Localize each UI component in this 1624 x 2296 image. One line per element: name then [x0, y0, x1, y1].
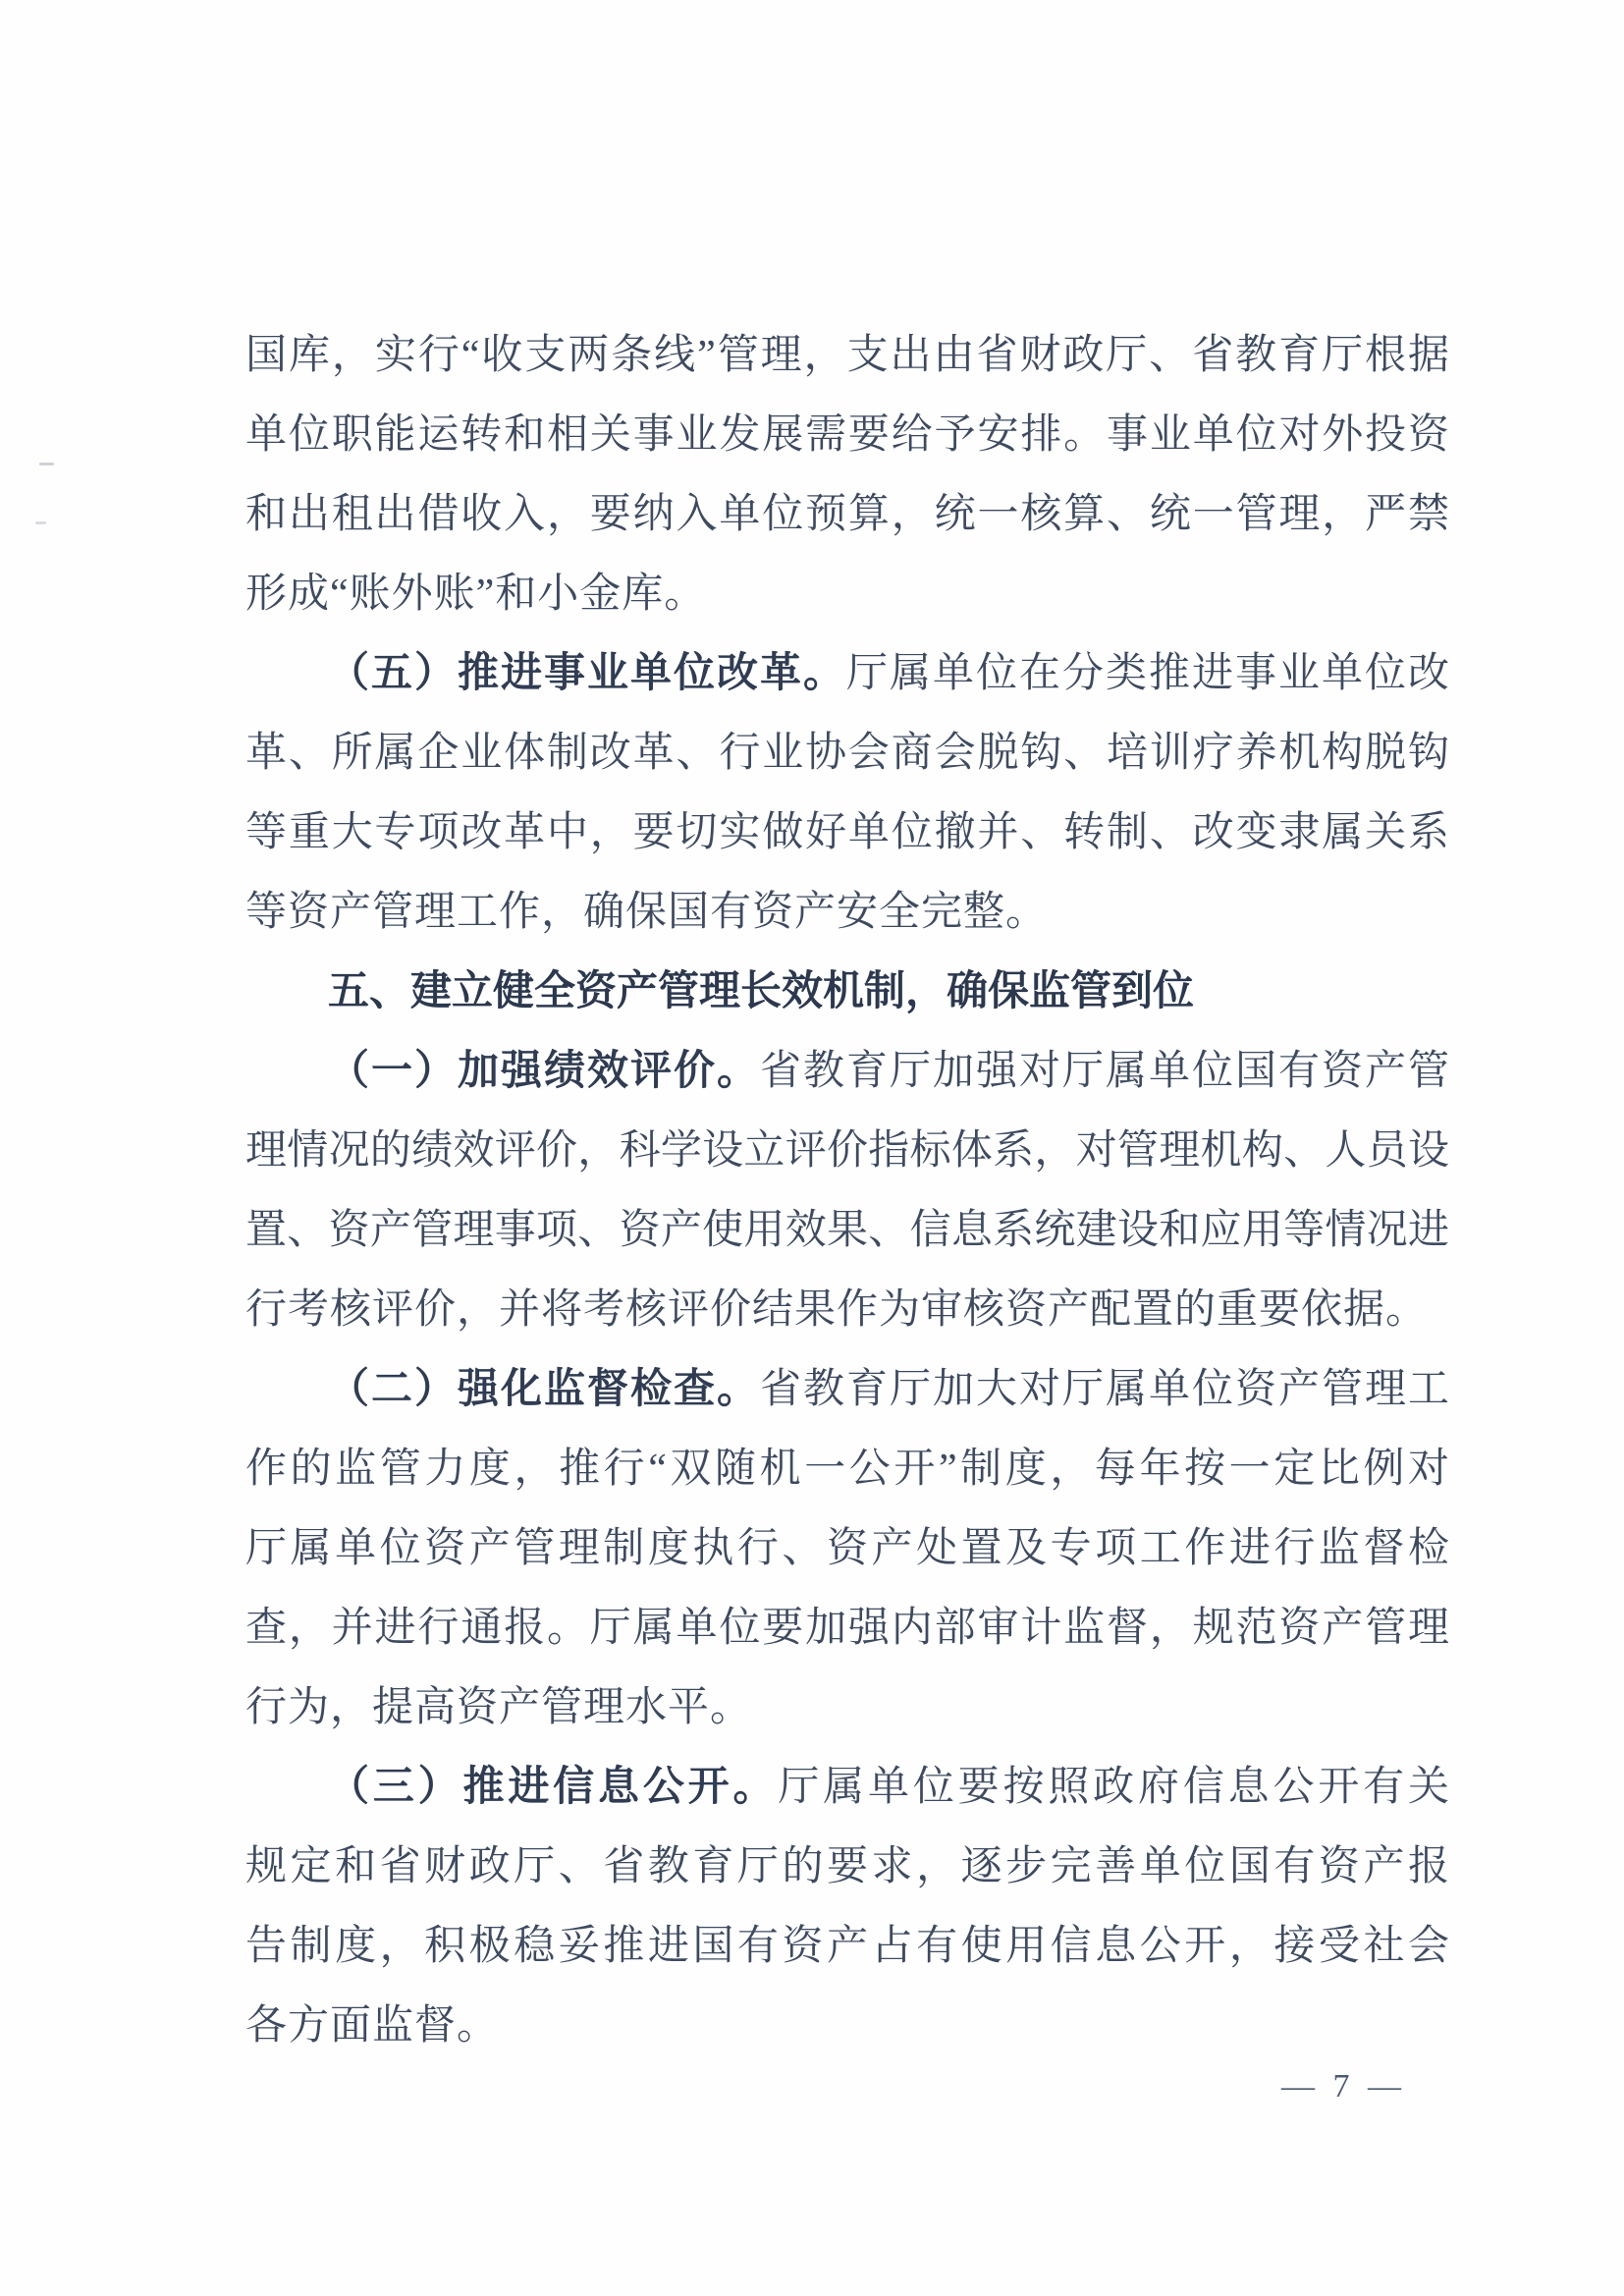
paragraph-lead: （五）推进事业单位改革。 [328, 651, 846, 696]
text-line-rest: 厅属单位在分类推进事业单位改 [846, 651, 1449, 696]
text-line: 行为，提高资产管理水平。 [245, 1668, 1449, 1748]
text-line: 行考核评价，并将考核评价结果作为审核资产配置的重要依据。 [245, 1271, 1449, 1350]
scan-artifact-dash [35, 521, 46, 524]
page-number: — 7 — [1281, 2067, 1406, 2106]
text-line: （五）推进事业单位改革。厅属单位在分类推进事业单位改 [245, 634, 1449, 714]
scanned-document-page: 国库，实行“收支两条线”管理，支出由省财政厅、省教育厅根据 单位职能运转和相关事… [0, 0, 1624, 2296]
text-line-rest: 省教育厅加强对厅属单位国有资产管 [760, 1049, 1449, 1094]
text-line: 厅属单位资产管理制度执行、资产处置及专项工作进行监督检 [245, 1509, 1449, 1589]
text-line: （一）加强绩效评价。省教育厅加强对厅属单位国有资产管 [245, 1032, 1449, 1112]
paragraph-lead: （二）强化监督检查。 [328, 1367, 760, 1412]
text-line: （三）推进信息公开。厅属单位要按照政府信息公开有关 [245, 1748, 1449, 1828]
text-line: 等资产管理工作，确保国有资产安全完整。 [245, 873, 1449, 953]
text-line: 作的监管力度，推行“双随机一公开”制度，每年按一定比例对 [245, 1430, 1449, 1509]
text-line: 各方面监督。 [245, 1987, 1449, 2066]
paragraph-lead: （一）加强绩效评价。 [328, 1049, 760, 1094]
section-heading: 五、建立健全资产管理长效机制，确保监管到位 [245, 953, 1449, 1032]
document-body: 国库，实行“收支两条线”管理，支出由省财政厅、省教育厅根据 单位职能运转和相关事… [245, 316, 1449, 2066]
paragraph: （一）加强绩效评价。省教育厅加强对厅属单位国有资产管 理情况的绩效评价，科学设立… [245, 1032, 1449, 1350]
text-line: 规定和省财政厅、省教育厅的要求，逐步完善单位国有资产报 [245, 1828, 1449, 1907]
text-line: 和出租出借收入，要纳入单位预算，统一核算、统一管理，严禁 [245, 475, 1449, 555]
text-line: 查，并进行通报。厅属单位要加强内部审计监督，规范资产管理 [245, 1589, 1449, 1668]
text-line: 形成“账外账”和小金库。 [245, 555, 1449, 634]
paragraph: 国库，实行“收支两条线”管理，支出由省财政厅、省教育厅根据 单位职能运转和相关事… [245, 316, 1449, 634]
text-line: 等重大专项改革中，要切实做好单位撤并、转制、改变隶属关系 [245, 793, 1449, 873]
text-line: 告制度，积极稳妥推进国有资产占有使用信息公开，接受社会 [245, 1907, 1449, 1987]
text-line: 国库，实行“收支两条线”管理，支出由省财政厅、省教育厅根据 [245, 316, 1449, 396]
paragraph: （二）强化监督检查。省教育厅加大对厅属单位资产管理工 作的监管力度，推行“双随机… [245, 1350, 1449, 1748]
text-line: 革、所属企业体制改革、行业协会商会脱钩、培训疗养机构脱钩 [245, 714, 1449, 793]
text-line-rest: 省教育厅加大对厅属单位资产管理工 [760, 1367, 1449, 1412]
paragraph: （三）推进信息公开。厅属单位要按照政府信息公开有关 规定和省财政厅、省教育厅的要… [245, 1748, 1449, 2066]
text-line: （二）强化监督检查。省教育厅加大对厅属单位资产管理工 [245, 1350, 1449, 1430]
text-line: 置、资产管理事项、资产使用效果、信息系统建设和应用等情况进 [245, 1191, 1449, 1271]
section: 五、建立健全资产管理长效机制，确保监管到位 [245, 953, 1449, 1032]
text-line-rest: 厅属单位要按照政府信息公开有关 [778, 1765, 1449, 1810]
paragraph-lead: （三）推进信息公开。 [328, 1765, 778, 1810]
text-line: 单位职能运转和相关事业发展需要给予安排。事业单位对外投资 [245, 396, 1449, 475]
paragraph: （五）推进事业单位改革。厅属单位在分类推进事业单位改 革、所属企业体制改革、行业… [245, 634, 1449, 953]
text-line: 理情况的绩效评价，科学设立评价指标体系，对管理机构、人员设 [245, 1112, 1449, 1191]
scan-artifact-dash [39, 463, 54, 465]
